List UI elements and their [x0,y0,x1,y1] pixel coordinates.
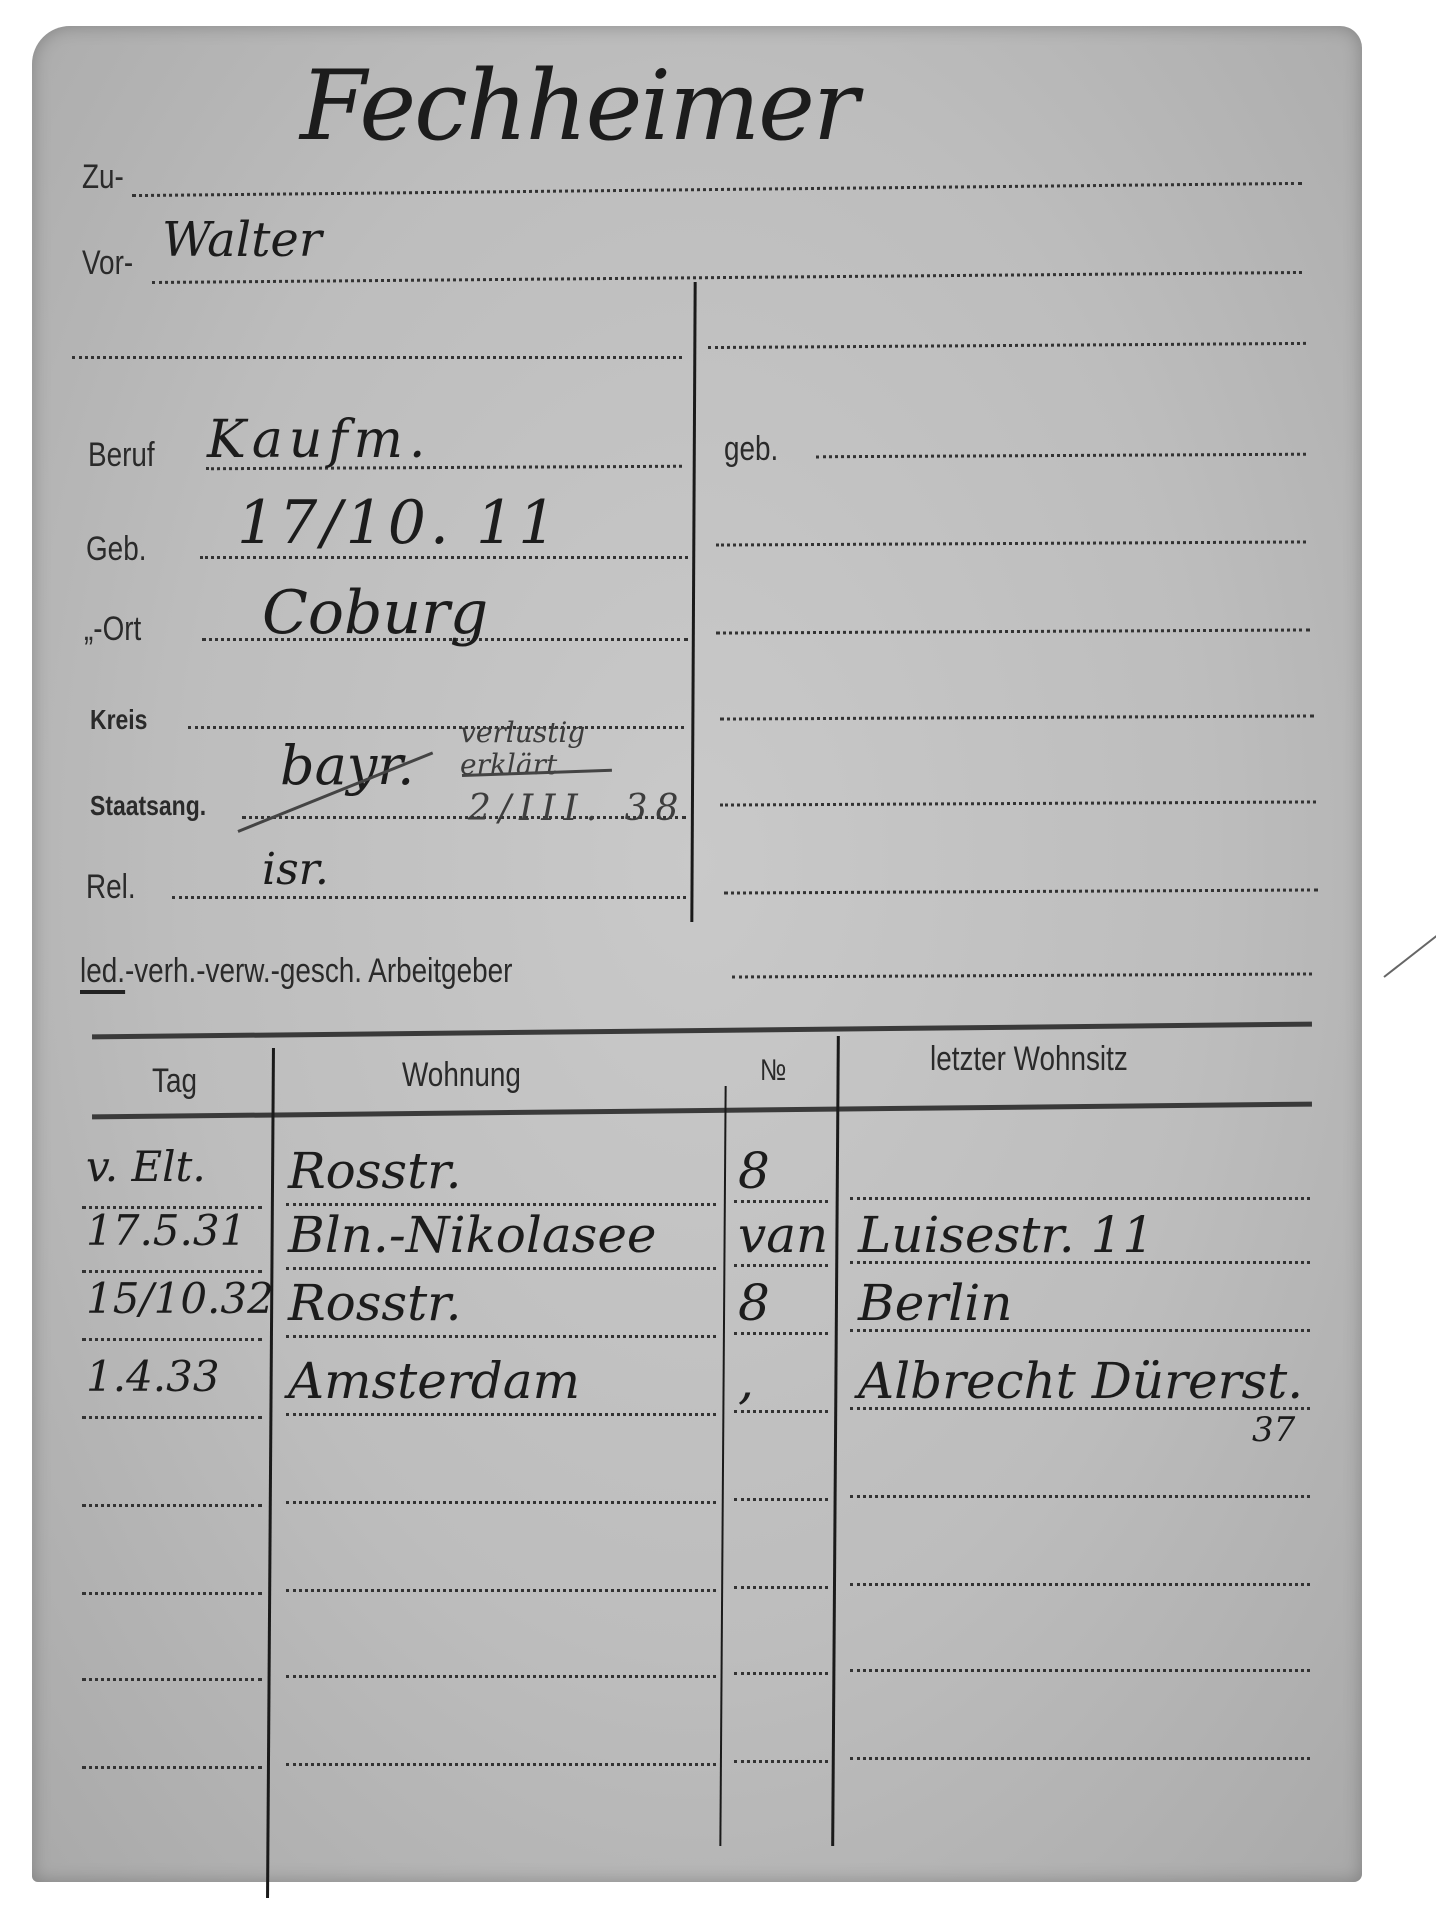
row-line-letzter [850,1495,1310,1498]
row-line-wohnung [286,1763,716,1766]
table-top-rule [92,1022,1312,1040]
header-tag: Tag [152,1062,197,1101]
line-right-3 [716,628,1310,634]
cell-wohnung[interactable]: Rosstr. [288,1142,461,1200]
row-line-letzter [850,1197,1310,1200]
row-line-nr [734,1586,828,1589]
value-ort[interactable]: Coburg [262,578,488,648]
upper-column-divider [690,282,696,922]
row-line-tag [82,1338,262,1341]
cell-letzter[interactable]: Luisestr. 11 [858,1206,1154,1264]
line-right-2 [716,540,1306,546]
col-divider-nr [831,1036,840,1846]
value-geb[interactable]: 17/10. 11 [237,488,560,558]
cell-tag[interactable]: 1.4.33 [86,1352,220,1401]
row-line-nr [734,1264,828,1267]
label-ort: „-Ort [84,610,141,649]
row-line-tag [82,1766,262,1769]
line-right-5 [720,800,1316,806]
row-line-nr [734,1200,828,1203]
row-line-wohnung [286,1267,716,1270]
line-blank-left [72,356,682,359]
cell-tag[interactable]: v. Elt. [86,1142,206,1191]
row-line-wohnung [286,1413,716,1416]
cell-nr[interactable]: van [738,1206,828,1264]
row-line-nr [734,1332,828,1335]
row-line-nr [734,1672,828,1675]
label-staatsang: Staatsang. [90,790,206,822]
line-blank-right [708,342,1306,349]
row-line-letzter [850,1757,1310,1760]
label-geb: Geb. [86,530,146,569]
status-options: -verh.-verw.-gesch. [125,952,362,990]
row-line-tag [82,1592,262,1595]
stray-pencil-mark [1383,933,1436,978]
line-kreis [188,726,684,729]
row-line-wohnung [286,1589,716,1592]
header-letzter-wohnsitz: letzter Wohnsitz [930,1040,1128,1079]
label-spouse-geb: geb. [724,430,778,469]
cell-nr[interactable]: , [738,1352,754,1410]
row-line-letzter [850,1583,1310,1586]
cell-letzter-sub[interactable]: 37 [1252,1410,1295,1450]
value-beruf[interactable]: Kaufm. [207,410,431,470]
row-line-tag [82,1270,262,1273]
header-nr: № [760,1054,786,1088]
label-zuname: Zu- [82,158,124,197]
label-beruf: Beruf [88,436,155,475]
line-right-4 [720,714,1314,720]
annotation-verlustig: verlustig [460,716,585,749]
cell-nr[interactable]: 8 [738,1142,770,1200]
row-line-nr [734,1410,828,1413]
line-arbeitgeber [732,972,1312,978]
annotation-date: 2/III. 38 [468,788,686,829]
cell-letzter[interactable]: Albrecht Dürerst. [858,1352,1303,1410]
cell-letzter[interactable]: Berlin [858,1274,1012,1332]
row-line-wohnung [286,1675,716,1678]
row-line-tag [82,1416,262,1419]
status-ledig[interactable]: led. [80,952,125,994]
label-rel: Rel. [86,868,136,907]
cell-tag[interactable]: 15/10.32 [86,1274,274,1323]
col-divider-tag [266,1048,275,1898]
line-vorname [152,271,1302,284]
line-spouse-geb [816,453,1306,459]
label-kreis: Kreis [90,704,147,736]
status-line: led.-verh.-verw.-gesch. Arbeitgeber [80,952,512,991]
line-rel [172,896,686,899]
cell-nr[interactable]: 8 [738,1274,770,1332]
label-arbeitgeber: Arbeitgeber [368,952,512,990]
cell-wohnung[interactable]: Amsterdam [288,1352,580,1410]
value-vorname[interactable]: Walter [162,212,322,268]
cell-wohnung[interactable]: Bln.-Nikolasee [288,1206,657,1264]
registration-card: Zu- Fechheimer Vor- Walter Beruf Kaufm. … [32,26,1362,1882]
line-zuname [132,182,1302,197]
table-header-bottom-rule [92,1102,1312,1120]
value-rel[interactable]: isr. [262,844,329,895]
label-vorname: Vor- [82,244,133,283]
row-line-letzter [850,1669,1310,1672]
row-line-nr [734,1498,828,1501]
header-wohnung: Wohnung [402,1056,521,1095]
cell-tag[interactable]: 17.5.31 [86,1206,246,1255]
row-line-wohnung [286,1501,716,1504]
row-line-wohnung [286,1335,716,1338]
row-line-tag [82,1678,262,1681]
value-zuname[interactable]: Fechheimer [300,50,857,162]
col-divider-wohnung [719,1086,726,1846]
cell-wohnung[interactable]: Rosstr. [288,1274,461,1332]
line-right-6 [724,888,1318,894]
row-line-nr [734,1760,828,1763]
row-line-tag [82,1504,262,1507]
